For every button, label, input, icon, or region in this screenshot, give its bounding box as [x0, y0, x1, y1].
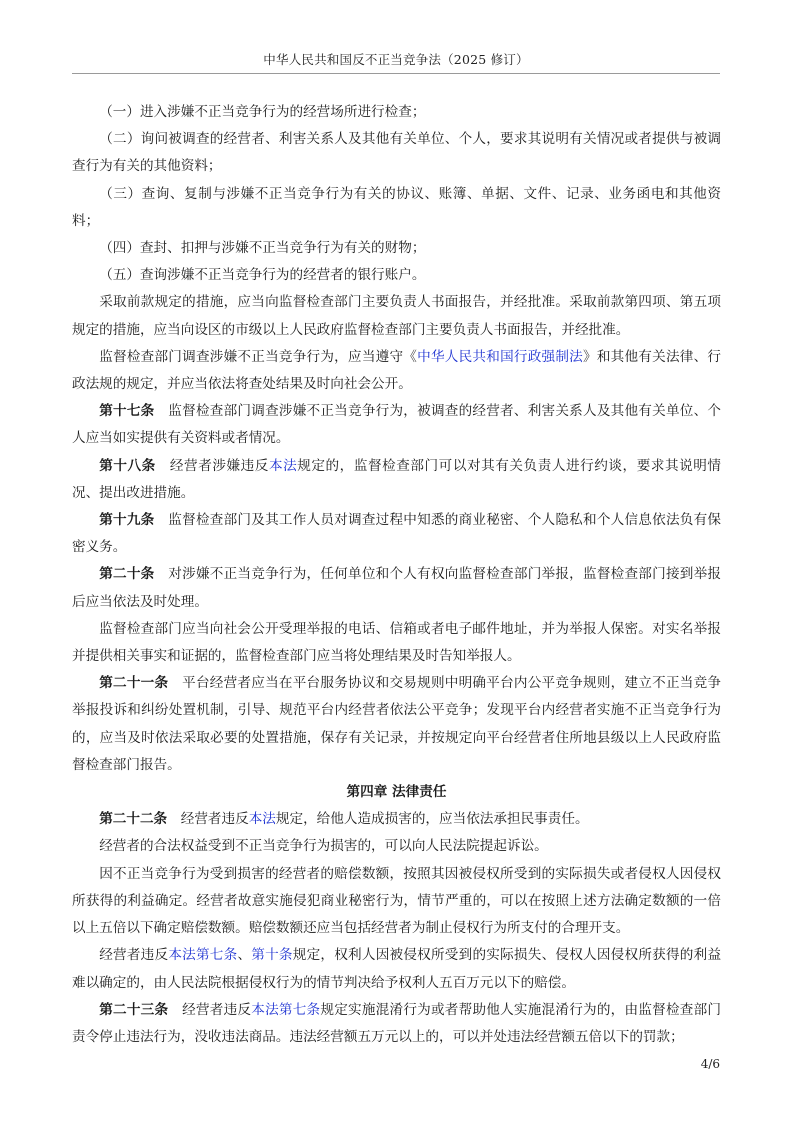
law-link-article-7[interactable]: 本法第七条 — [251, 1002, 320, 1018]
article-label: 第二十一条 — [99, 675, 168, 691]
article-text: 对涉嫌不正当竞争行为，任何单位和个人有权向监督检查部门举报，监督检查部门接到举报… — [72, 566, 721, 609]
article-label: 第十九条 — [99, 512, 154, 528]
paragraph: 因不正当竞争行为受到损害的经营者的赔偿数额，按照其因被侵权所受到的实际损失或者侵… — [72, 861, 721, 943]
article-text: 平台经营者应当在平台服务协议和交易规则中明确平台内公平竞争规则，建立不正当竞争举… — [72, 675, 721, 773]
article-18: 第十八条经营者涉嫌违反本法规定的，监督检查部门可以对其有关负责人进行约谈，要求其… — [72, 453, 721, 507]
text-span: 经营者违反 — [99, 947, 168, 963]
text-span: 监督检查部门调查涉嫌不正当竞争行为，应当遵守《 — [99, 349, 417, 365]
item-5: （五）查询涉嫌不正当竞争行为的经营者的银行账户。 — [72, 262, 721, 289]
text-span: 规定实施混淆行为或者帮助他人实施混淆行为的，由监督检查部门责令停止违法行为，没收… — [72, 1002, 721, 1045]
text-span: 规定，给他人造成损害的，应当依法承担民事责任。 — [276, 811, 589, 827]
chapter-heading: 第四章 法律责任 — [72, 779, 721, 806]
text-span: 经营者违反 — [182, 1002, 251, 1018]
item-3: （三）查询、复制与涉嫌不正当竞争行为有关的协议、账簿、单据、文件、记录、业务函电… — [72, 181, 721, 235]
text-span: 经营者违反 — [181, 811, 249, 827]
page-header: 中华人民共和国反不正当竞争法（2025 修订） — [72, 50, 720, 74]
article-label: 第二十二条 — [99, 811, 167, 827]
item-1: （一）进入涉嫌不正当竞争行为的经营场所进行检查； — [72, 99, 721, 126]
law-link-administrative-coercion[interactable]: 中华人民共和国行政强制法 — [417, 349, 583, 365]
paragraph: 经营者的合法权益受到不正当竞争行为损害的，可以向人民法院提起诉讼。 — [72, 833, 721, 860]
article-text: 监督检查部门调查涉嫌不正当竞争行为，被调查的经营者、利害关系人及其他有关单位、个… — [72, 403, 721, 446]
paragraph: 采取前款规定的措施，应当向监督检查部门主要负责人书面报告，并经批准。采取前款第四… — [72, 289, 721, 343]
law-link-article-7[interactable]: 本法第七条 — [168, 947, 237, 963]
article-label: 第十七条 — [99, 403, 154, 419]
item-2: （二）询问被调查的经营者、利害关系人及其他有关单位、个人，要求其说明有关情况或者… — [72, 126, 721, 180]
paragraph: 监督检查部门调查涉嫌不正当竞争行为，应当遵守《中华人民共和国行政强制法》和其他有… — [72, 344, 721, 398]
article-label: 第十八条 — [99, 458, 156, 474]
article-text: 监督检查部门及其工作人员对调查过程中知悉的商业秘密、个人隐私和个人信息依法负有保… — [72, 512, 721, 555]
article-20: 第二十条对涉嫌不正当竞争行为，任何单位和个人有权向监督检查部门举报，监督检查部门… — [72, 561, 721, 615]
article-21: 第二十一条平台经营者应当在平台服务协议和交易规则中明确平台内公平竞争规则，建立不… — [72, 670, 721, 779]
item-4: （四）查封、扣押与涉嫌不正当竞争行为有关的财物； — [72, 235, 721, 262]
law-link-this-law[interactable]: 本法 — [249, 811, 276, 827]
paragraph: 经营者违反本法第七条、第十条规定，权利人因被侵权所受到的实际损失、侵权人因侵权所… — [72, 942, 721, 996]
article-label: 第二十条 — [99, 566, 154, 582]
text-span: 经营者涉嫌违反 — [169, 458, 269, 474]
text-span: 、 — [237, 947, 251, 963]
document-body: （一）进入涉嫌不正当竞争行为的经营场所进行检查； （二）询问被调查的经营者、利害… — [72, 99, 721, 1051]
article-23: 第二十三条经营者违反本法第七条规定实施混淆行为或者帮助他人实施混淆行为的，由监督… — [72, 997, 721, 1051]
article-17: 第十七条监督检查部门调查涉嫌不正当竞争行为，被调查的经营者、利害关系人及其他有关… — [72, 398, 721, 452]
article-22: 第二十二条经营者违反本法规定，给他人造成损害的，应当依法承担民事责任。 — [72, 806, 721, 833]
paragraph: 监督检查部门应当向社会公开受理举报的电话、信箱或者电子邮件地址，并为举报人保密。… — [72, 616, 721, 670]
law-link-this-law[interactable]: 本法 — [269, 458, 297, 474]
law-link-article-10[interactable]: 第十条 — [251, 947, 292, 963]
article-19: 第十九条监督检查部门及其工作人员对调查过程中知悉的商业秘密、个人隐私和个人信息依… — [72, 507, 721, 561]
document-title: 中华人民共和国反不正当竞争法（2025 修订） — [263, 52, 528, 67]
page-number: 4/6 — [701, 1057, 720, 1071]
article-label: 第二十三条 — [99, 1002, 168, 1018]
